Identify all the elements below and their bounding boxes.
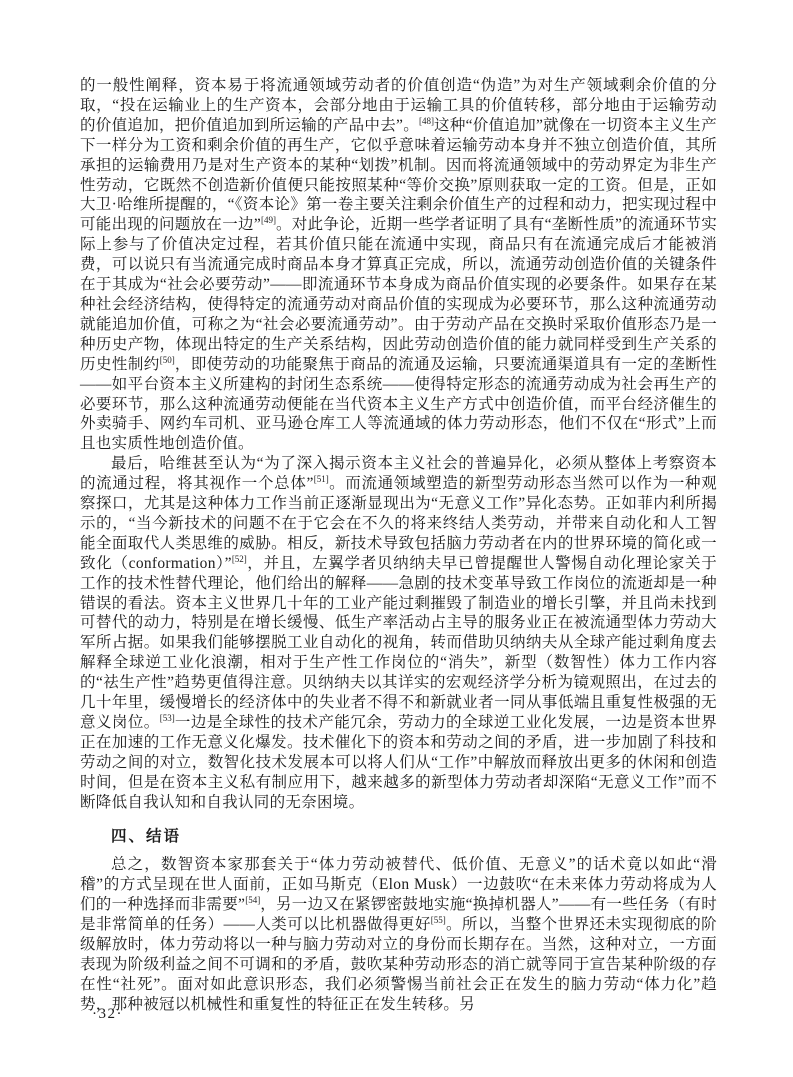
document-page: 的一般性阐释，资本易于将流通领域劳动者的价值创造“伪造”为对生产领域剩余价值的分… — [0, 0, 793, 1077]
footnote-ref: [51] — [314, 474, 329, 484]
paragraph: 最后，哈维甚至认为“为了深入揭示资本主义社会的普遍异化，必须从整体上考察资本的流… — [80, 454, 717, 812]
footnote-ref: [52] — [232, 554, 247, 564]
text-run: ，并且，左翼学者贝纳纳夫早已曾提醒世人警惕自动化理论家关于工作的技术性替代理论，… — [80, 555, 717, 731]
page-number: ·32· — [92, 1006, 123, 1023]
paragraph: 总之，数智资本家那套关于“体力劳动被替代、低价值、无意义”的话术竟以如此“滑稽”… — [80, 855, 717, 1014]
text-run: ，即使劳动的功能聚焦于商品的流通及运输，只要流通渠道具有一定的垄断性——如平台资… — [80, 356, 717, 453]
text-run: 一边是全球性的技术产能冗余，劳动力的全球逆工业化发展，一边是资本世界正在加速的工… — [80, 714, 717, 811]
footnote-ref: [55] — [431, 915, 446, 925]
footnote-ref: [53] — [160, 713, 175, 723]
footnote-ref: [48] — [419, 116, 434, 126]
paragraph: 的一般性阐释，资本易于将流通领域劳动者的价值创造“伪造”为对生产领域剩余价值的分… — [80, 76, 717, 454]
article-body: 的一般性阐释，资本易于将流通领域劳动者的价值创造“伪造”为对生产领域剩余价值的分… — [80, 76, 717, 1015]
footnote-ref: [54] — [245, 895, 260, 905]
footnote-ref: [50] — [160, 355, 175, 365]
section-heading: 四、结语 — [80, 827, 717, 847]
text-run: 。对此争论，近期一些学者证明了具有“垄断性质”的流通环节实际上参与了价值决定过程… — [80, 216, 717, 372]
footnote-ref: [49] — [261, 215, 276, 225]
